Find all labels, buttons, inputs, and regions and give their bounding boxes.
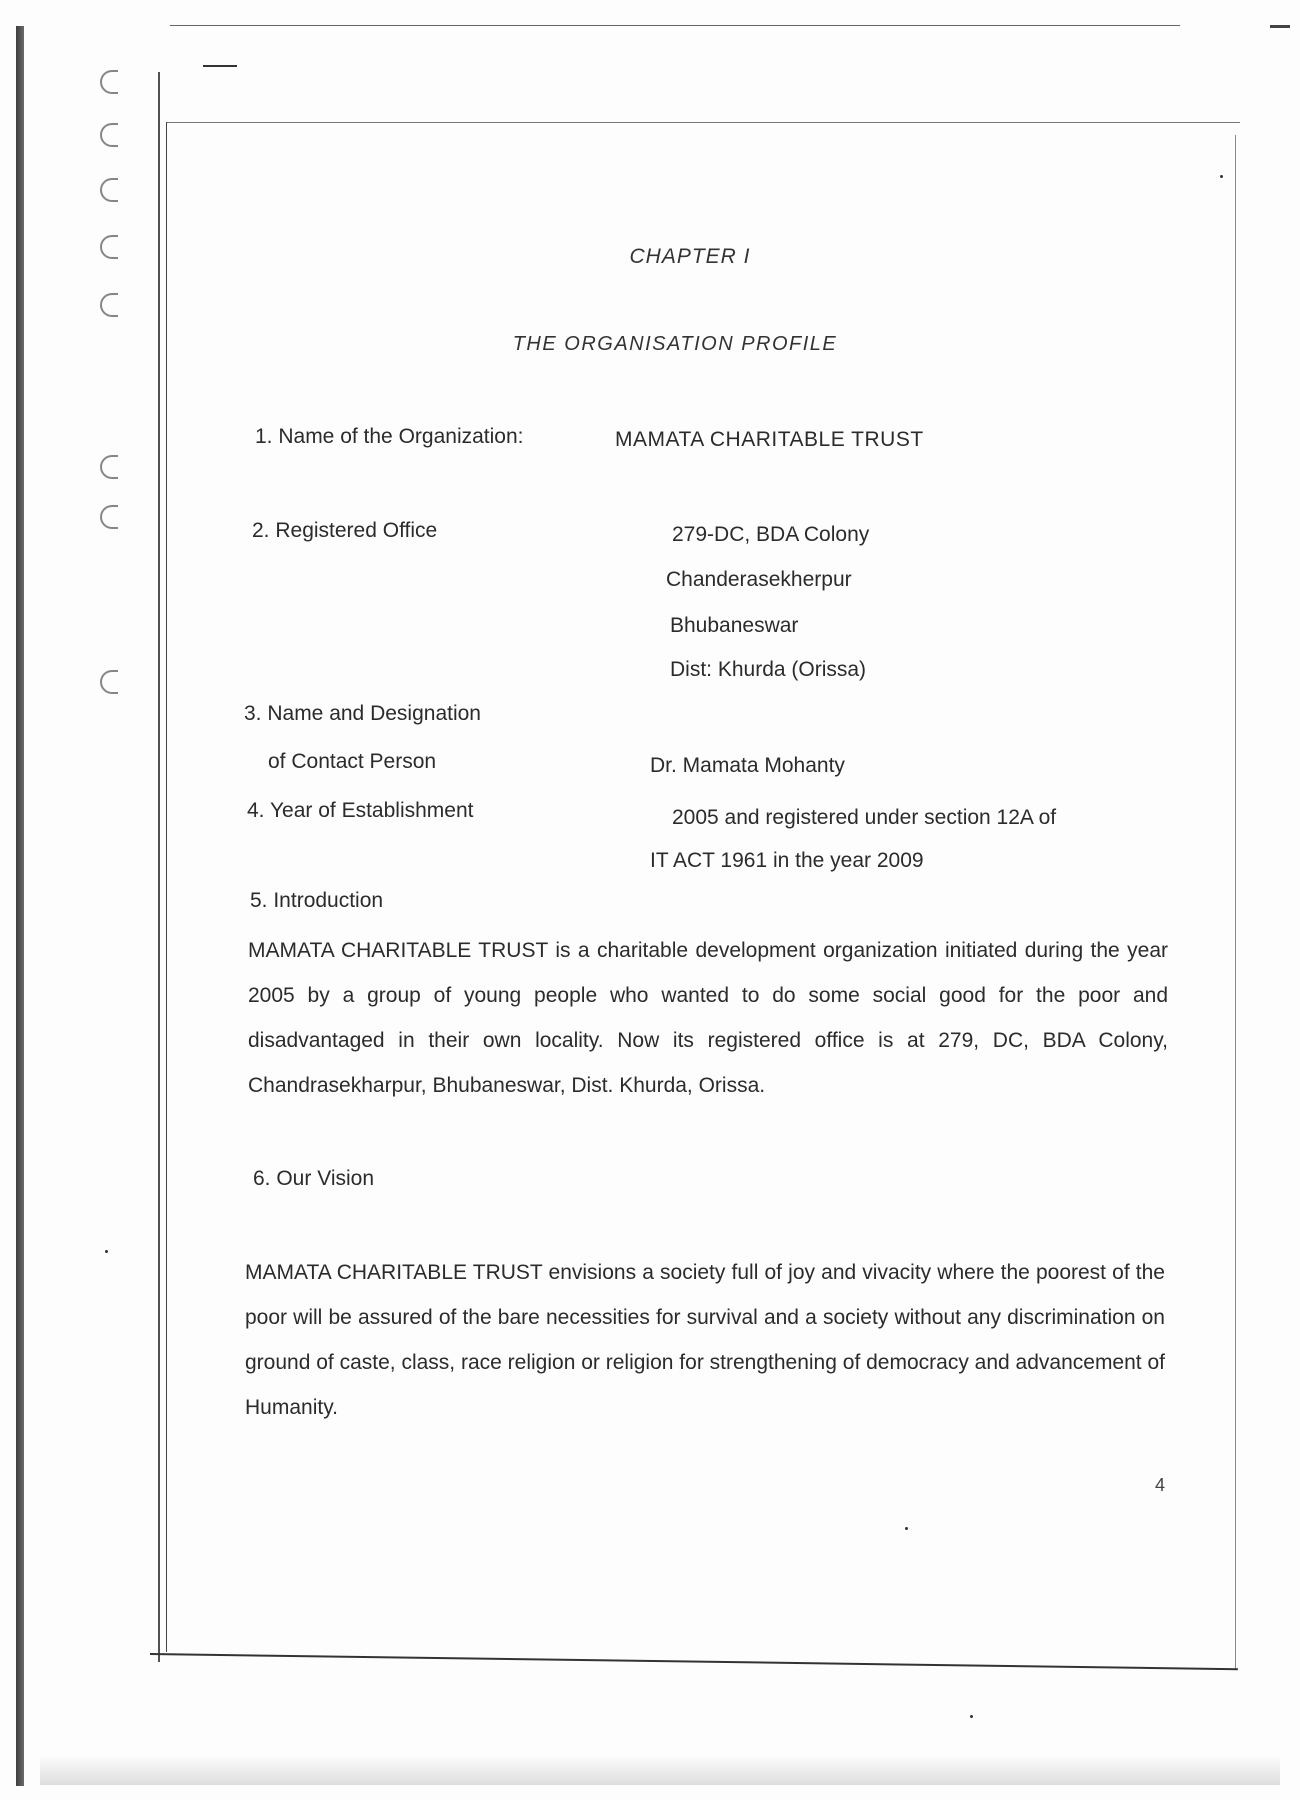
page-number: 4 (1155, 1475, 1165, 1496)
chapter-title: CHAPTER I (0, 245, 1300, 269)
scan-bottom-shadow (40, 1755, 1280, 1785)
vision-heading: 6. Our Vision (253, 1167, 374, 1191)
scan-speck (970, 1715, 973, 1718)
frame-border-right (1235, 135, 1236, 1670)
scan-speck (105, 1250, 108, 1253)
field-label-organization-name: 1. Name of the Organization: (255, 425, 523, 449)
field-value-organization-name: MAMATA CHARITABLE TRUST (615, 428, 924, 452)
field-value-office-line-4: Dist: Khurda (Orissa) (670, 658, 866, 682)
binding-line (158, 72, 160, 1662)
section-title: THE ORGANISATION PROFILE (0, 333, 1300, 356)
scanned-page: CHAPTER I THE ORGANISATION PROFILE 1. Na… (0, 0, 1300, 1800)
punch-hole-icon (100, 70, 118, 94)
punch-hole-icon (100, 293, 118, 317)
field-value-year-line-1: 2005 and registered under section 12A of (672, 806, 1056, 830)
frame-border-top (166, 122, 1240, 123)
field-value-year-line-2: IT ACT 1961 in the year 2009 (650, 849, 924, 873)
field-label-contact-line-2: of Contact Person (268, 750, 436, 774)
punch-hole-icon (100, 123, 118, 147)
field-label-year-established: 4. Year of Establishment (247, 799, 473, 823)
field-value-office-line-2: Chanderasekherpur (666, 568, 852, 592)
field-label-contact-line-1: 3. Name and Designation (244, 702, 481, 726)
scan-speck (905, 1527, 908, 1530)
punch-hole-icon (100, 178, 118, 202)
punch-hole-icon (100, 455, 118, 479)
introduction-paragraph: MAMATA CHARITABLE TRUST is a charitable … (248, 928, 1168, 1108)
scan-speck (1220, 175, 1223, 178)
punch-hole-icon (100, 505, 118, 529)
scan-edge-shadow (16, 26, 24, 1786)
field-value-office-line-3: Bhubaneswar (670, 614, 798, 638)
frame-border-bottom (150, 1653, 1238, 1670)
vision-paragraph: MAMATA CHARITABLE TRUST envisions a soci… (245, 1250, 1165, 1430)
field-label-registered-office: 2. Registered Office (252, 519, 437, 543)
field-value-office-line-1: 279-DC, BDA Colony (672, 523, 869, 547)
field-value-contact-person: Dr. Mamata Mohanty (650, 754, 845, 778)
introduction-heading: 5. Introduction (250, 889, 383, 913)
punch-hole-icon (100, 670, 118, 694)
top-dash-mark (203, 65, 237, 67)
top-rule (170, 25, 1180, 26)
top-rule-mark (1270, 25, 1290, 28)
